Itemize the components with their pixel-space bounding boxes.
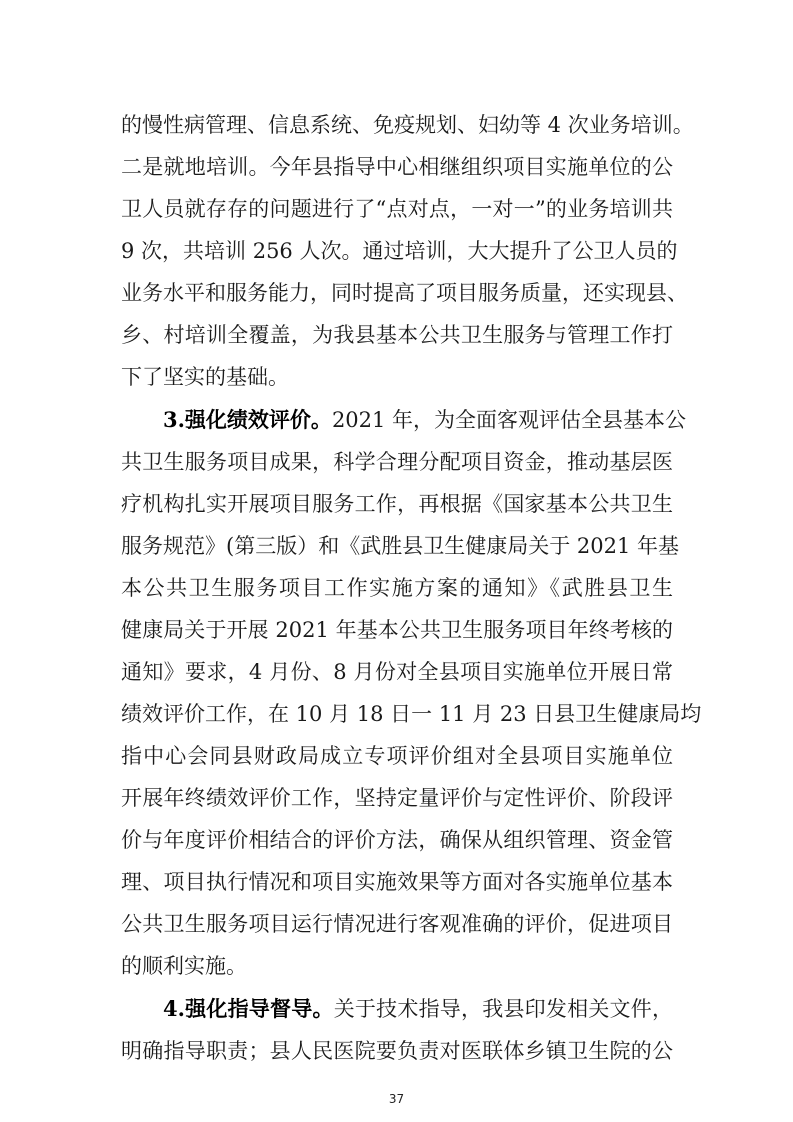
- body-text: 2021 年，为全面客观评估全县基本公: [332, 408, 686, 432]
- body-line: 健康局关于开展 2021 年基本公共卫生服务项目年终考核的: [121, 615, 673, 645]
- section-3-heading-line: 3.强化绩效评价。2021 年，为全面客观评估全县基本公: [163, 405, 673, 435]
- section-heading: 4.强化指导督导。: [163, 996, 334, 1021]
- body-line: 下了坚实的基础。: [121, 362, 673, 392]
- body-line: 9 次，共培训 256 人次。通过培训，大大提升了公卫人员的: [121, 236, 673, 266]
- body-line: 的慢性病管理、信息系统、免疫规划、妇幼等 4 次业务培训。: [121, 110, 673, 140]
- section-4-heading-line: 4.强化指导督导。关于技术指导，我县印发相关文件，: [163, 994, 673, 1024]
- body-line: 价与年度评价相结合的评价方法，确保从组织管理、资金管: [121, 825, 673, 855]
- body-line: 卫人员就存存的问题进行了“点对点，一对一”的业务培训共: [121, 194, 673, 224]
- body-line: 绩效评价工作，在 10 月 18 日一 11 月 23 日县卫生健康局均: [121, 699, 673, 729]
- body-line: 通知》要求，4 月份、8 月份对全县项目实施单位开展日常: [121, 657, 673, 687]
- body-line: 本公共卫生服务项目工作实施方案的通知》《武胜县卫生: [121, 573, 673, 603]
- body-line: 服务规范》(第三版）和《武胜县卫生健康局关于 2021 年基: [121, 531, 673, 561]
- section-heading: 3.强化绩效评价。: [163, 407, 332, 432]
- body-text: 关于技术指导，我县印发相关文件，: [334, 997, 673, 1021]
- body-line: 共卫生服务项目成果，科学合理分配项目资金，推动基层医: [121, 447, 673, 477]
- body-line: 乡、村培训全覆盖，为我县基本公共卫生服务与管理工作打: [121, 320, 673, 350]
- body-line: 的顺利实施。: [121, 951, 673, 981]
- body-line: 二是就地培训。今年县指导中心相继组织项目实施单位的公: [121, 152, 673, 182]
- page-number: 37: [0, 1092, 793, 1106]
- body-line: 业务水平和服务能力，同时提高了项目服务质量，还实现县、: [121, 278, 673, 308]
- body-line: 理、项目执行情况和项目实施效果等方面对各实施单位基本: [121, 867, 673, 897]
- document-page: 的慢性病管理、信息系统、免疫规划、妇幼等 4 次业务培训。 二是就地培训。今年县…: [0, 0, 793, 1122]
- body-line: 疗机构扎实开展项目服务工作，再根据《国家基本公共卫生: [121, 489, 673, 519]
- body-line: 明确指导职责；县人民医院要负责对医联体乡镇卫生院的公: [121, 1036, 673, 1066]
- body-line: 开展年终绩效评价工作，坚持定量评价与定性评价、阶段评: [121, 783, 673, 813]
- body-line: 公共卫生服务项目运行情况进行客观准确的评价，促进项目: [121, 909, 673, 939]
- body-line: 指中心会同县财政局成立专项评价组对全县项目实施单位: [121, 741, 673, 771]
